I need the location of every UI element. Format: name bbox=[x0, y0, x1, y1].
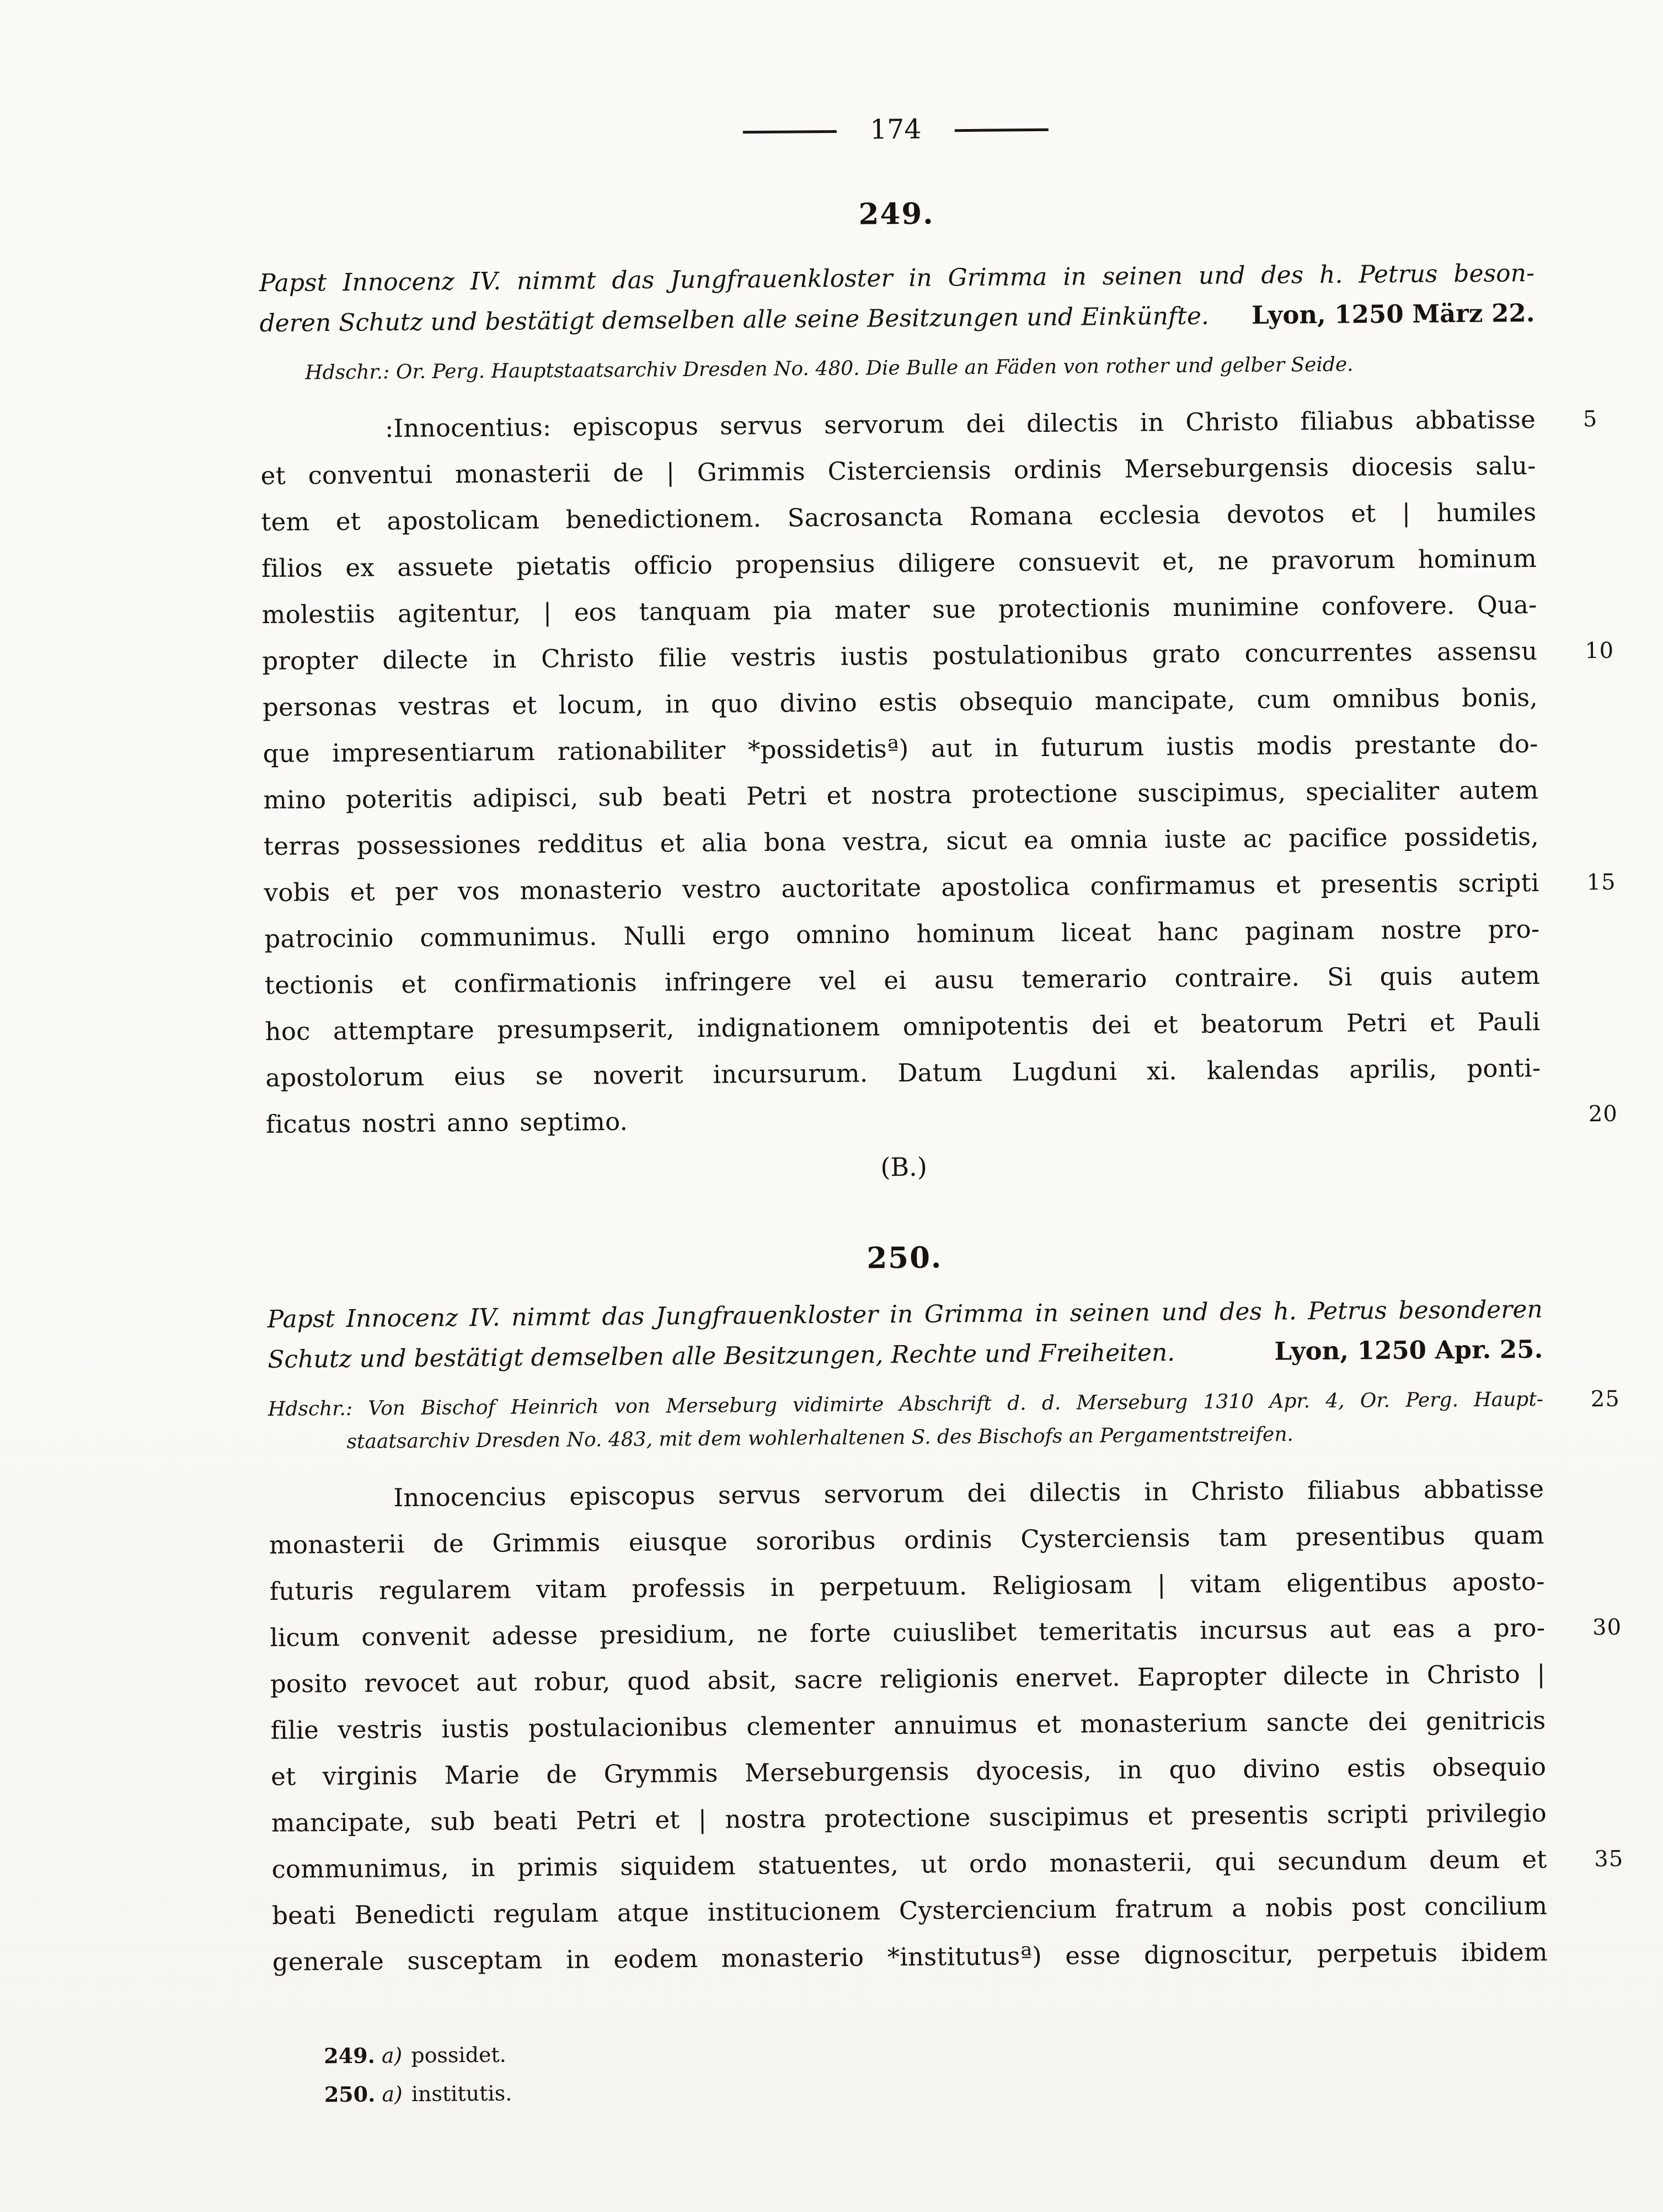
regest-text: deren Schutz und bestätigt demselben all… bbox=[259, 297, 1213, 344]
charter-date: Lyon, 1250 Apr. 25. bbox=[1274, 1330, 1543, 1372]
line-text: ficatus nostri anno septimo. bbox=[266, 1091, 1542, 1148]
footnote-text: institutis. bbox=[411, 2081, 512, 2106]
source-line: Hdschr.: Or. Perg. Hauptstaatsarchiv Dre… bbox=[260, 347, 1535, 390]
margin-line-number: 30 bbox=[1592, 1604, 1622, 1651]
text-line: ficatus nostri anno septimo. 20 bbox=[266, 1091, 1542, 1148]
entry-250-regest: Papst Innocenz IV. nimmt das Jungfrauenk… bbox=[267, 1290, 1543, 1380]
entry-249: 249. Papst Innocenz IV. nimmt das Jungfr… bbox=[259, 192, 1542, 1195]
charter-date: Lyon, 1250 März 22. bbox=[1252, 293, 1535, 335]
entry-250: 250. Papst Innocenz IV. nimmt das Jungfr… bbox=[267, 1236, 1548, 1985]
footnote-entry-number: 249. bbox=[324, 2043, 375, 2069]
entry-249-charter-text: :Innocentius: episcopus servus servorum … bbox=[260, 397, 1541, 1148]
left-rule bbox=[743, 130, 837, 133]
entry-249-closing-mark: (B.) bbox=[266, 1139, 1542, 1195]
entry-249-regest: Papst Innocenz IV. nimmt das Jungfrauenk… bbox=[259, 254, 1535, 344]
entry-250-number: 250. bbox=[267, 1236, 1542, 1280]
source-text: Hdschr.: Or. Perg. Hauptstaatsarchiv Dre… bbox=[260, 347, 1535, 390]
line-text: generale susceptam in eodem monasterio *… bbox=[272, 1929, 1548, 1985]
margin-line-number: 35 bbox=[1594, 1836, 1624, 1882]
entry-249-source-note: Hdschr.: Or. Perg. Hauptstaatsarchiv Dre… bbox=[260, 347, 1535, 390]
scanned-book-page: { "page": { "number": "174" }, "entry249… bbox=[0, 0, 1663, 2212]
margin-line-number: 10 bbox=[1585, 628, 1614, 674]
page-header: 174 bbox=[257, 0, 1533, 150]
entry-250-charter-text: Innocencius episcopus servus servorum de… bbox=[269, 1466, 1548, 1985]
right-rule bbox=[955, 128, 1049, 132]
regest-text: Schutz und bestätigt demselben alle Besi… bbox=[268, 1332, 1236, 1380]
text-line: generale susceptam in eodem monasterio *… bbox=[272, 1929, 1548, 1985]
footnotes: 249.a)possidet. 250.a)institutis. bbox=[324, 2027, 1549, 2114]
text-block: 174 249. Papst Innocenz IV. nimmt das Ju… bbox=[257, 0, 1549, 2114]
margin-line-number: 25 bbox=[1591, 1383, 1620, 1416]
page-background: 174 249. Papst Innocenz IV. nimmt das Ju… bbox=[0, 0, 1663, 2212]
margin-line-number: 15 bbox=[1586, 859, 1616, 906]
margin-line-number: 5 bbox=[1583, 396, 1598, 442]
footnote-entry-number: 250. bbox=[324, 2082, 376, 2107]
footnote-mark: a) bbox=[375, 2082, 411, 2107]
entry-249-number: 249. bbox=[259, 192, 1534, 236]
footnote-text: possidet. bbox=[411, 2043, 506, 2068]
entry-250-source-note: Hdschr.: Von Bischof Heinrich von Merseb… bbox=[268, 1383, 1544, 1459]
margin-line-number: 20 bbox=[1589, 1091, 1618, 1137]
footnote-mark: a) bbox=[375, 2043, 411, 2068]
page-number: 174 bbox=[870, 114, 922, 146]
